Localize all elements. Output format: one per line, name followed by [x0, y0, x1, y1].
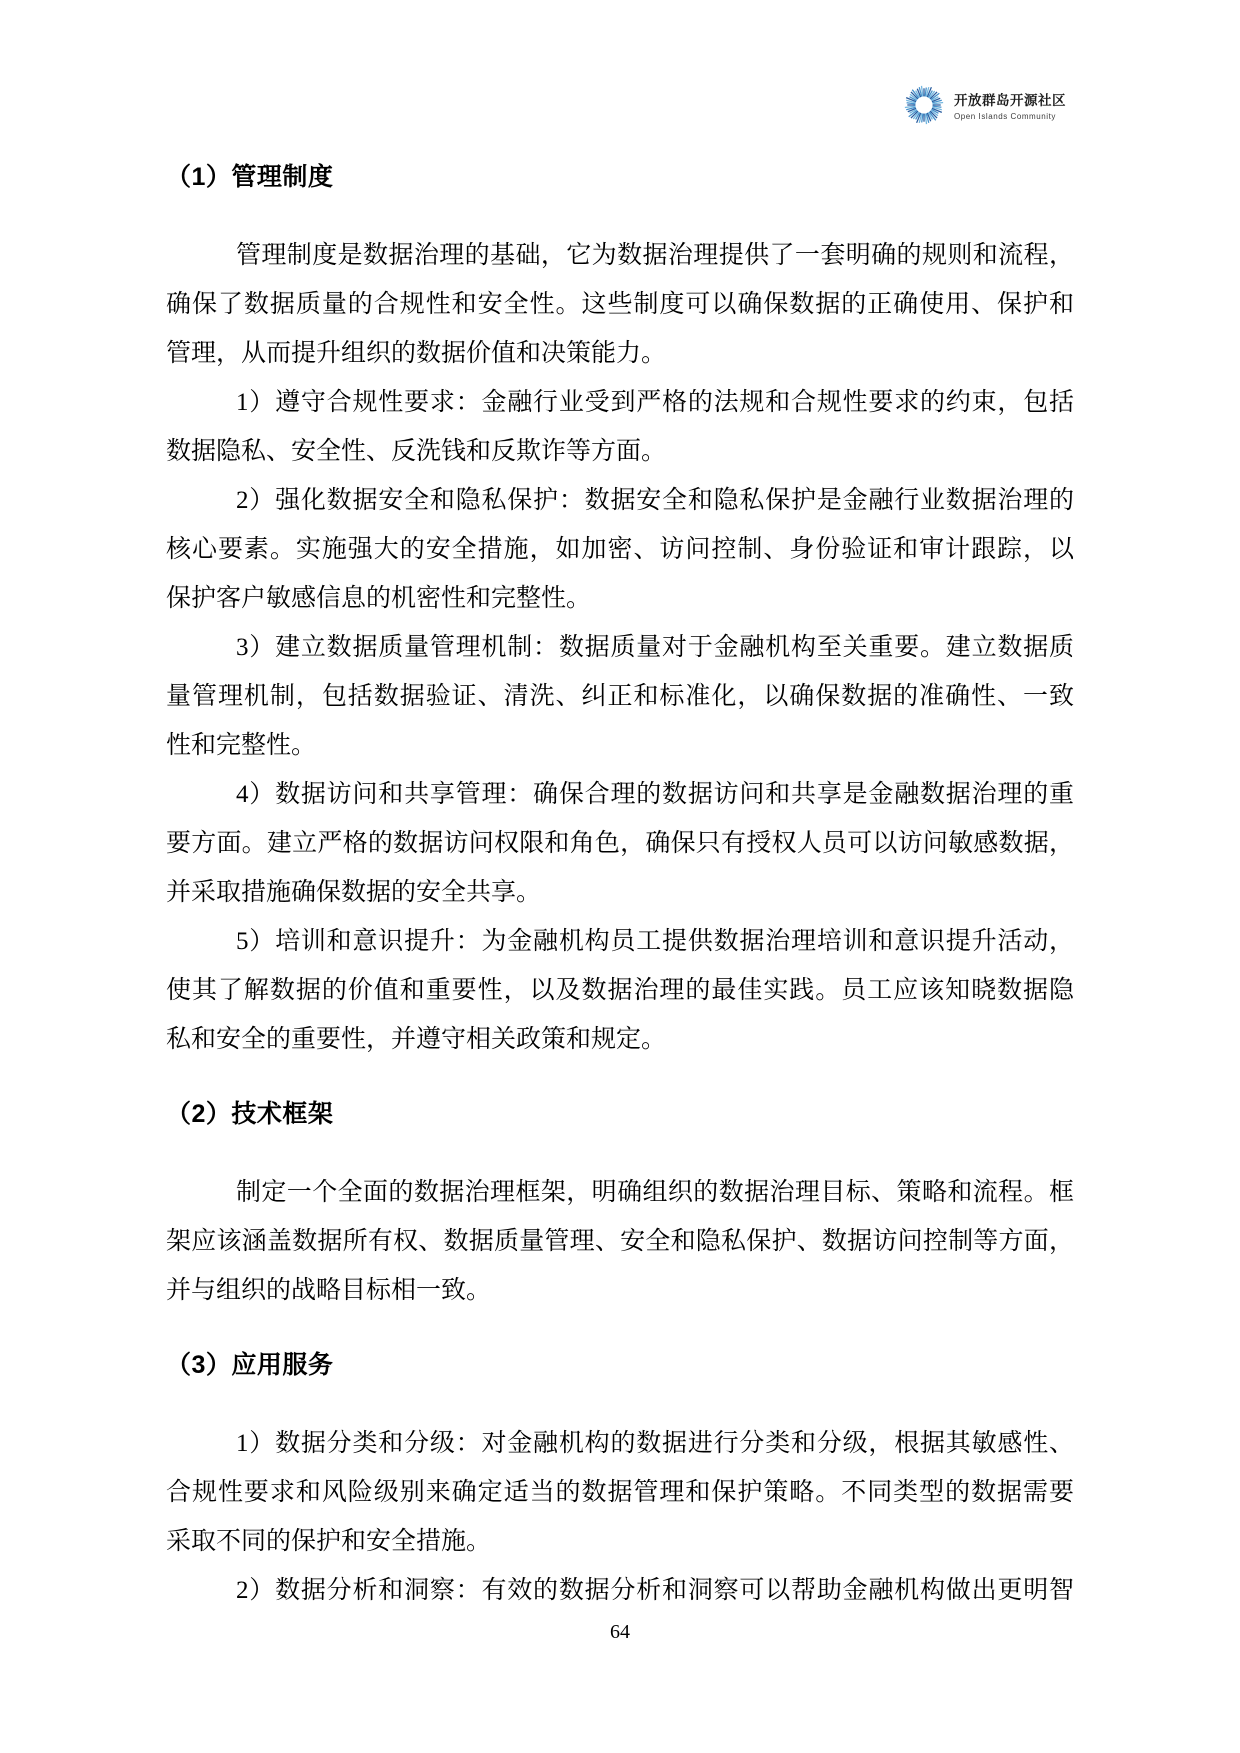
section-technical-framework: （2）技术框架 制定一个全面的数据治理框架，明确组织的数据治理目标、策略和流程。… — [166, 1096, 1074, 1315]
text-line: 私和安全的重要性，并遵守相关政策和规定。 — [166, 1015, 1074, 1064]
text-line: 要方面。建立严格的数据访问权限和角色，确保只有授权人员可以访问敏感数据， — [166, 819, 1074, 868]
paragraph: 2）强化数据安全和隐私保护：数据安全和隐私保护是金融行业数据治理的 核心要素。实… — [166, 476, 1074, 623]
text-line: 并采取措施确保数据的安全共享。 — [166, 868, 1074, 917]
paragraph: 1）遵守合规性要求：金融行业受到严格的法规和合规性要求的约束，包括 数据隐私、安… — [166, 378, 1074, 476]
text-line: 1）遵守合规性要求：金融行业受到严格的法规和合规性要求的约束，包括 — [166, 378, 1074, 427]
section-heading: （3）应用服务 — [166, 1347, 1074, 1383]
logo-sunburst-icon — [903, 84, 945, 126]
paragraph: 4）数据访问和共享管理：确保合理的数据访问和共享是金融数据治理的重 要方面。建立… — [166, 770, 1074, 917]
text-line: 2）强化数据安全和隐私保护：数据安全和隐私保护是金融行业数据治理的 — [166, 476, 1074, 525]
text-line: 保护客户敏感信息的机密性和完整性。 — [166, 574, 1074, 623]
page-number: 64 — [0, 1620, 1240, 1644]
paragraph: 制定一个全面的数据治理框架，明确组织的数据治理目标、策略和流程。框 架应该涵盖数… — [166, 1168, 1074, 1315]
text-line: 5）培训和意识提升：为金融机构员工提供数据治理培训和意识提升活动， — [166, 917, 1074, 966]
section-heading: （2）技术框架 — [166, 1096, 1074, 1132]
text-line: 制定一个全面的数据治理框架，明确组织的数据治理目标、策略和流程。框 — [166, 1168, 1074, 1217]
text-line: 数据隐私、安全性、反洗钱和反欺诈等方面。 — [166, 427, 1074, 476]
text-line: 核心要素。实施强大的安全措施，如加密、访问控制、身份验证和审计跟踪，以 — [166, 525, 1074, 574]
text-line: 1）数据分类和分级：对金融机构的数据进行分类和分级，根据其敏感性、 — [166, 1419, 1074, 1468]
section-application-services: （3）应用服务 1）数据分类和分级：对金融机构的数据进行分类和分级，根据其敏感性… — [166, 1347, 1074, 1615]
logo: 开放群岛开源社区 Open Islands Community — [903, 84, 1066, 126]
text-line: 3）建立数据质量管理机制：数据质量对于金融机构至关重要。建立数据质 — [166, 623, 1074, 672]
text-line: 采取不同的保护和安全措施。 — [166, 1517, 1074, 1566]
section-management-system: （1）管理制度 管理制度是数据治理的基础，它为数据治理提供了一套明确的规则和流程… — [166, 159, 1074, 1064]
text-line: 4）数据访问和共享管理：确保合理的数据访问和共享是金融数据治理的重 — [166, 770, 1074, 819]
paragraph: 5）培训和意识提升：为金融机构员工提供数据治理培训和意识提升活动， 使其了解数据… — [166, 917, 1074, 1064]
text-line: 架应该涵盖数据所有权、数据质量管理、安全和隐私保护、数据访问控制等方面， — [166, 1217, 1074, 1266]
paragraph: 2）数据分析和洞察：有效的数据分析和洞察可以帮助金融机构做出更明智 — [166, 1566, 1074, 1615]
text-line: 合规性要求和风险级别来确定适当的数据管理和保护策略。不同类型的数据需要 — [166, 1468, 1074, 1517]
document-content: （1）管理制度 管理制度是数据治理的基础，它为数据治理提供了一套明确的规则和流程… — [166, 159, 1074, 1615]
text-line: 使其了解数据的价值和重要性，以及数据治理的最佳实践。员工应该知晓数据隐 — [166, 966, 1074, 1015]
paragraph: 1）数据分类和分级：对金融机构的数据进行分类和分级，根据其敏感性、 合规性要求和… — [166, 1419, 1074, 1566]
section-heading: （1）管理制度 — [166, 159, 1074, 195]
paragraph: 管理制度是数据治理的基础，它为数据治理提供了一套明确的规则和流程， 确保了数据质… — [166, 231, 1074, 378]
logo-text: 开放群岛开源社区 Open Islands Community — [954, 89, 1066, 121]
logo-name-zh: 开放群岛开源社区 — [954, 89, 1066, 109]
text-line: 确保了数据质量的合规性和安全性。这些制度可以确保数据的正确使用、保护和 — [166, 280, 1074, 329]
text-line: 并与组织的战略目标相一致。 — [166, 1266, 1074, 1315]
text-line: 管理制度是数据治理的基础，它为数据治理提供了一套明确的规则和流程， — [166, 231, 1074, 280]
document-page: 开放群岛开源社区 Open Islands Community （1）管理制度 … — [0, 0, 1240, 1753]
text-line: 2）数据分析和洞察：有效的数据分析和洞察可以帮助金融机构做出更明智 — [166, 1566, 1074, 1615]
paragraph: 3）建立数据质量管理机制：数据质量对于金融机构至关重要。建立数据质 量管理机制，… — [166, 623, 1074, 770]
logo-name-en: Open Islands Community — [954, 112, 1066, 121]
text-line: 性和完整性。 — [166, 721, 1074, 770]
text-line: 量管理机制，包括数据验证、清洗、纠正和标准化，以确保数据的准确性、一致 — [166, 672, 1074, 721]
text-line: 管理，从而提升组织的数据价值和决策能力。 — [166, 329, 1074, 378]
